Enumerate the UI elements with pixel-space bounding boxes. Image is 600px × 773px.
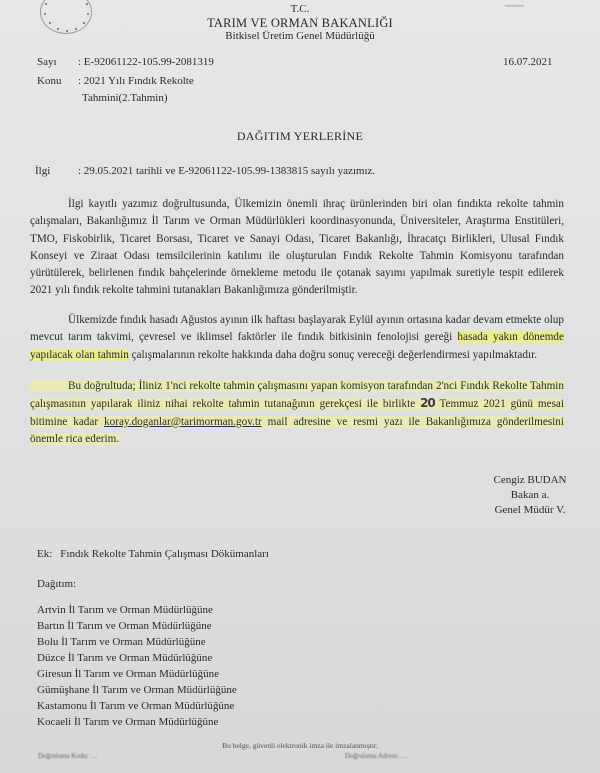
email-link[interactable]: koray.doganlar@tarimorman.gov.tr xyxy=(104,416,262,428)
list-item: Giresun İl Tarım ve Orman Müdürlüğüne xyxy=(37,666,237,682)
verification-address: Doğrulama Adresi: … xyxy=(345,752,407,760)
paragraph-2-text-b: çalışmalarının rekolte hakkında daha doğ… xyxy=(129,349,537,361)
list-item: Kastamonu İl Tarım ve Orman Müdürlüğüne xyxy=(37,698,237,714)
konu-value-line1: : 2021 Yılı Fındık Rekolte xyxy=(78,75,194,87)
distribution-label: Dağıtım: xyxy=(37,578,76,590)
list-item: Artvin İl Tarım ve Orman Müdürlüğüne xyxy=(37,602,237,618)
ilgi-value: : 29.05.2021 tarihli ve E-92061122-105.9… xyxy=(78,165,375,177)
paragraph-3: Bu doğrultuda; İliniz 1'nci rekolte tahm… xyxy=(30,378,564,448)
list-item: Düzce İl Tarım ve Orman Müdürlüğüne xyxy=(37,650,237,666)
konu-label: Konu xyxy=(37,75,61,87)
list-item: Bolu İl Tarım ve Orman Müdürlüğüne xyxy=(37,634,237,650)
signer-authority: Bakan a. xyxy=(460,488,600,503)
list-item: Kocaeli İl Tarım ve Orman Müdürlüğüne xyxy=(37,714,237,730)
verification-code: Doğrulama Kodu: … xyxy=(38,752,98,760)
ministry-name: TARIM VE ORMAN BAKANLIĞI xyxy=(0,16,600,31)
attachment-label: Ek: xyxy=(37,548,52,560)
sayi-label: Sayı xyxy=(37,56,57,68)
list-item: Gümüşhane İl Tarım ve Orman Müdürlüğüne xyxy=(37,682,237,698)
attachment: Ek:Fındık Rekolte Tahmin Çalışması Döküm… xyxy=(37,548,269,560)
paragraph-2: Ülkemizde fındık hasadı Ağustos ayının i… xyxy=(30,312,564,364)
paragraph-1: İlgi kayıtlı yazımız doğrultusunda, Ülke… xyxy=(30,196,564,300)
list-item: Bartın İl Tarım ve Orman Müdürlüğüne xyxy=(37,618,237,634)
document-date: 16.07.2021 xyxy=(503,56,553,68)
attachment-value: Fındık Rekolte Tahmin Çalışması Dökümanl… xyxy=(60,548,269,560)
signer-title: Genel Müdür V. xyxy=(460,503,600,518)
konu-value-line2: Tahmini(2.Tahmin) xyxy=(82,92,168,104)
sayi-value: : E-92061122-105.99-2081319 xyxy=(78,56,214,68)
country-label: T.C. xyxy=(0,3,600,15)
distribution-list: Artvin İl Tarım ve Orman Müdürlüğüne Bar… xyxy=(37,602,237,730)
signature-block: Cengiz BUDAN Bakan a. Genel Müdür V. xyxy=(460,473,600,518)
signer-name: Cengiz BUDAN xyxy=(460,473,600,488)
official-letter: ▪▪▪▪▪▪▪▪▪▪▪▪ T.C. TARIM VE ORMAN BAKANLI… xyxy=(0,0,600,773)
handwritten-day: 20 xyxy=(420,396,435,410)
paragraph-1-text: İlgi kayıtlı yazımız doğrultusunda, Ülke… xyxy=(30,198,564,296)
ilgi-label: İlgi xyxy=(35,165,50,177)
department-name: Bitkisel Üretim Genel Müdürlüğü xyxy=(0,30,600,42)
esignature-note: Bu belge, güvenli elektronik imza ile im… xyxy=(0,741,600,750)
document-title: DAĞITIM YERLERİNE xyxy=(0,129,600,144)
